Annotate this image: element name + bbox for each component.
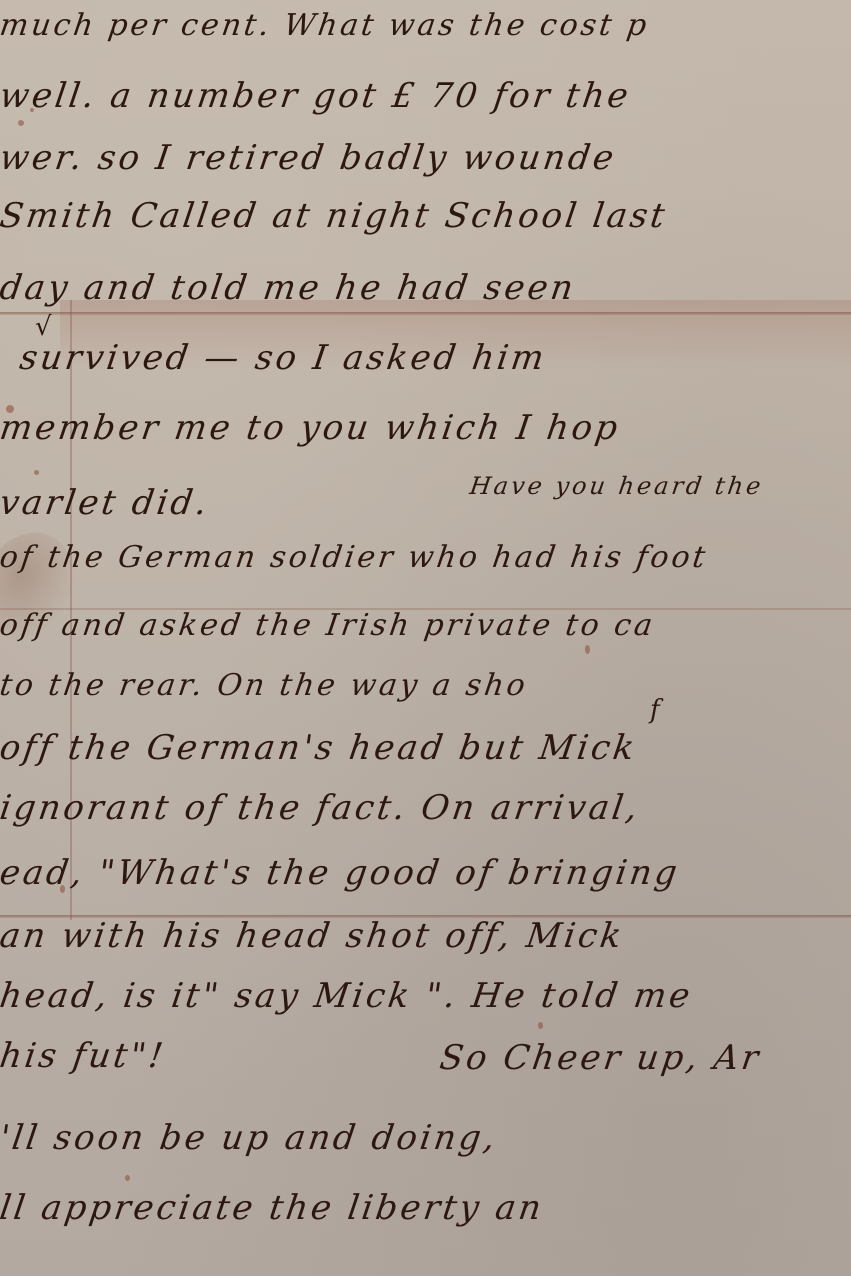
letter-line-6: survived — so I asked him xyxy=(17,338,549,378)
letter-line-16: head, is it" say Mick ". He told me xyxy=(0,976,695,1016)
letter-line-17: his fut"! xyxy=(0,1036,168,1076)
letter-line-11: to the rear. On the way a sho xyxy=(0,668,530,703)
letter-line-2: well. a number got £ 70 for the xyxy=(0,76,633,116)
letter-line-7: member me to you which I hop xyxy=(0,408,623,448)
letter-line-1: much per cent. What was the cost p xyxy=(0,8,652,43)
letter-line-8b: Have you heard the xyxy=(468,472,765,500)
insertion-mark-annotation: f xyxy=(650,695,660,725)
letter-line-3: wer. so I retired badly wounde xyxy=(0,138,619,178)
letter-line-19: ll appreciate the liberty an xyxy=(0,1188,547,1228)
letter-line-9: of the German soldier who had his foot xyxy=(0,540,710,575)
letter-line-10: off and asked the Irish private to ca xyxy=(0,608,658,643)
letter-line-13: ignorant of the fact. On arrival, xyxy=(0,788,643,828)
letter-page: much per cent. What was the cost p well.… xyxy=(0,0,851,1276)
foxing-spot xyxy=(585,645,590,654)
check-mark-annotation: √ xyxy=(35,312,52,342)
letter-line-4: Smith Called at night School last xyxy=(0,196,670,236)
letter-line-15: an with his head shot off, Mick xyxy=(0,916,627,956)
letter-line-5: day and told me he had seen xyxy=(0,268,579,308)
letter-line-17b: So Cheer up, Ar xyxy=(437,1038,763,1078)
foxing-spot xyxy=(34,470,39,475)
letter-line-12: off the German's head but Mick xyxy=(0,728,640,768)
fold-line-upper xyxy=(0,312,851,315)
foxing-spot xyxy=(125,1175,130,1181)
letter-line-8: varlet did. xyxy=(0,483,212,523)
foxing-spot xyxy=(538,1022,543,1029)
letter-line-18: 'll soon be up and doing, xyxy=(0,1118,500,1158)
foxing-spot xyxy=(18,120,24,126)
letter-line-14: ead, "What's the good of bringing xyxy=(0,853,682,893)
